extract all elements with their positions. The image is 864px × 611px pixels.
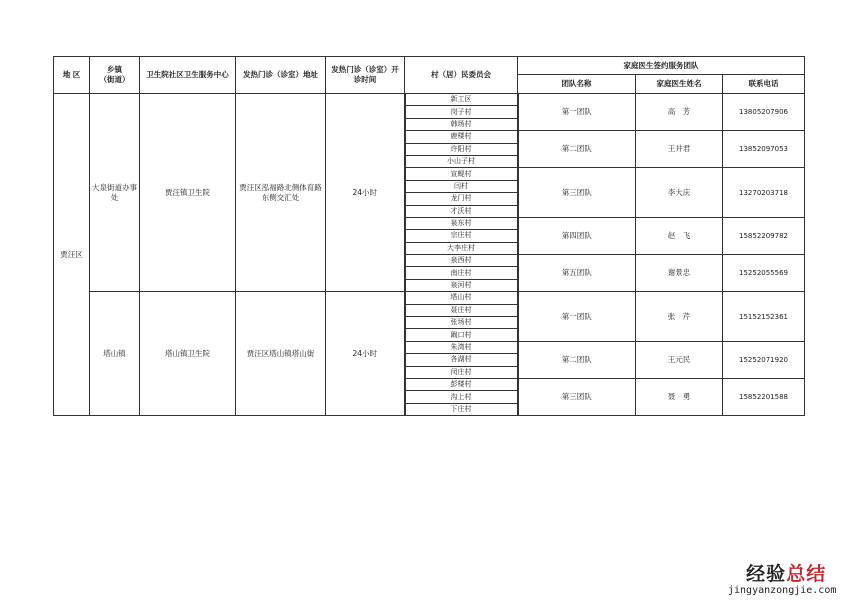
village-cell: 聂庄村 bbox=[405, 304, 518, 316]
village-cell: 龙门村 bbox=[405, 193, 518, 205]
table-row: 塔山镇塔山镇卫生院贾汪区塔山镇塔山街24小时塔山村第一团队张 芹15152152… bbox=[54, 292, 805, 304]
village-cell: 朱湾村 bbox=[405, 341, 518, 353]
village-cell: 小山子村 bbox=[405, 155, 518, 167]
region-cell: 贾汪区 bbox=[54, 94, 90, 416]
village-cell: 许阳村 bbox=[405, 143, 518, 155]
village-cell: 泉东村 bbox=[405, 217, 518, 229]
doctor-name-cell: 张 芹 bbox=[636, 292, 723, 342]
doctor-name-cell: 赵 飞 bbox=[636, 217, 723, 254]
doctor-name-cell: 聂 勇 bbox=[636, 378, 723, 415]
header-hospital: 卫生院社区卫生服务中心 bbox=[140, 57, 236, 94]
header-team-name: 团队名称 bbox=[518, 75, 636, 94]
village-cell: 宣蚬村 bbox=[405, 168, 518, 180]
team-name-cell: 第四团队 bbox=[518, 217, 636, 254]
village-cell: 大李庄村 bbox=[405, 242, 518, 254]
table-row: 贾汪区大泉街道办事处贾汪镇卫生院贾汪区泓福路北侧体育路东侧交汇处24小时新工区第… bbox=[54, 94, 805, 106]
team-name-cell: 第三团队 bbox=[518, 378, 636, 415]
village-cell: 南庄村 bbox=[405, 267, 518, 279]
village-cell: 泉西村 bbox=[405, 255, 518, 267]
village-cell: 新工区 bbox=[405, 94, 518, 106]
town-cell: 塔山镇 bbox=[90, 292, 140, 416]
village-cell: 韩场村 bbox=[405, 118, 518, 130]
fever-address-cell: 贾汪区塔山镇塔山街 bbox=[236, 292, 326, 416]
header-region: 地 区 bbox=[54, 57, 90, 94]
header-phone: 联系电话 bbox=[723, 75, 805, 94]
team-name-cell: 第三团队 bbox=[518, 168, 636, 218]
phone-cell: 13270203718 bbox=[723, 168, 805, 218]
fever-address-cell: 贾汪区泓福路北侧体育路东侧交汇处 bbox=[236, 94, 326, 292]
header-fever-hours: 发热门诊（诊室）开诊时间 bbox=[326, 57, 405, 94]
village-cell: 张场村 bbox=[405, 317, 518, 329]
phone-cell: 15252071920 bbox=[723, 341, 805, 378]
watermark-url: jingyanzongjie.com bbox=[728, 585, 836, 597]
village-cell: 岗子村 bbox=[405, 106, 518, 118]
team-name-cell: 第五团队 bbox=[518, 255, 636, 292]
village-cell: 各湖村 bbox=[405, 354, 518, 366]
team-name-cell: 第一团队 bbox=[518, 94, 636, 131]
fever-hours-cell: 24小时 bbox=[326, 292, 405, 416]
village-cell: 彭楼村 bbox=[405, 378, 518, 390]
header-fever-address: 发热门诊（诊室）地址 bbox=[236, 57, 326, 94]
village-cell: 闵庄村 bbox=[405, 366, 518, 378]
phone-cell: 13852097053 bbox=[723, 131, 805, 168]
phone-cell: 15852201588 bbox=[723, 378, 805, 415]
village-cell: 塔山村 bbox=[405, 292, 518, 304]
phone-cell: 15852209782 bbox=[723, 217, 805, 254]
village-cell: 泉河村 bbox=[405, 279, 518, 291]
doctor-name-cell: 王井君 bbox=[636, 131, 723, 168]
hospital-cell: 贾汪镇卫生院 bbox=[140, 94, 236, 292]
phone-cell: 15152152361 bbox=[723, 292, 805, 342]
header-team-group: 家庭医生签约服务团队 bbox=[518, 57, 805, 75]
header-doctor-name: 家庭医生姓名 bbox=[636, 75, 723, 94]
village-cell: 宗庄村 bbox=[405, 230, 518, 242]
family-doctor-table: 地 区 乡镇 （街道） 卫生院社区卫生服务中心 发热门诊（诊室）地址 发热门诊（… bbox=[53, 56, 805, 416]
watermark-logo-text: 经验总结 bbox=[736, 563, 836, 585]
phone-cell: 13805207906 bbox=[723, 94, 805, 131]
village-cell: 下庄村 bbox=[405, 403, 518, 415]
village-cell: 闫村 bbox=[405, 180, 518, 192]
hospital-cell: 塔山镇卫生院 bbox=[140, 292, 236, 416]
doctor-name-cell: 王元民 bbox=[636, 341, 723, 378]
team-name-cell: 第二团队 bbox=[518, 131, 636, 168]
team-name-cell: 第二团队 bbox=[518, 341, 636, 378]
fever-hours-cell: 24小时 bbox=[326, 94, 405, 292]
town-cell: 大泉街道办事处 bbox=[90, 94, 140, 292]
village-cell: 鹿楼村 bbox=[405, 131, 518, 143]
phone-cell: 15252055569 bbox=[723, 255, 805, 292]
village-cell: 阚口村 bbox=[405, 329, 518, 341]
doctor-name-cell: 李大庆 bbox=[636, 168, 723, 218]
header-town: 乡镇 （街道） bbox=[90, 57, 140, 94]
village-cell: 才沃村 bbox=[405, 205, 518, 217]
doctor-name-cell: 高 芳 bbox=[636, 94, 723, 131]
doctor-name-cell: 谢景忠 bbox=[636, 255, 723, 292]
watermark: 经验总结 jingyanzongjie.com bbox=[736, 563, 836, 597]
village-cell: 沟上村 bbox=[405, 391, 518, 403]
header-village: 村（居）民委员会 bbox=[405, 57, 518, 94]
team-name-cell: 第一团队 bbox=[518, 292, 636, 342]
